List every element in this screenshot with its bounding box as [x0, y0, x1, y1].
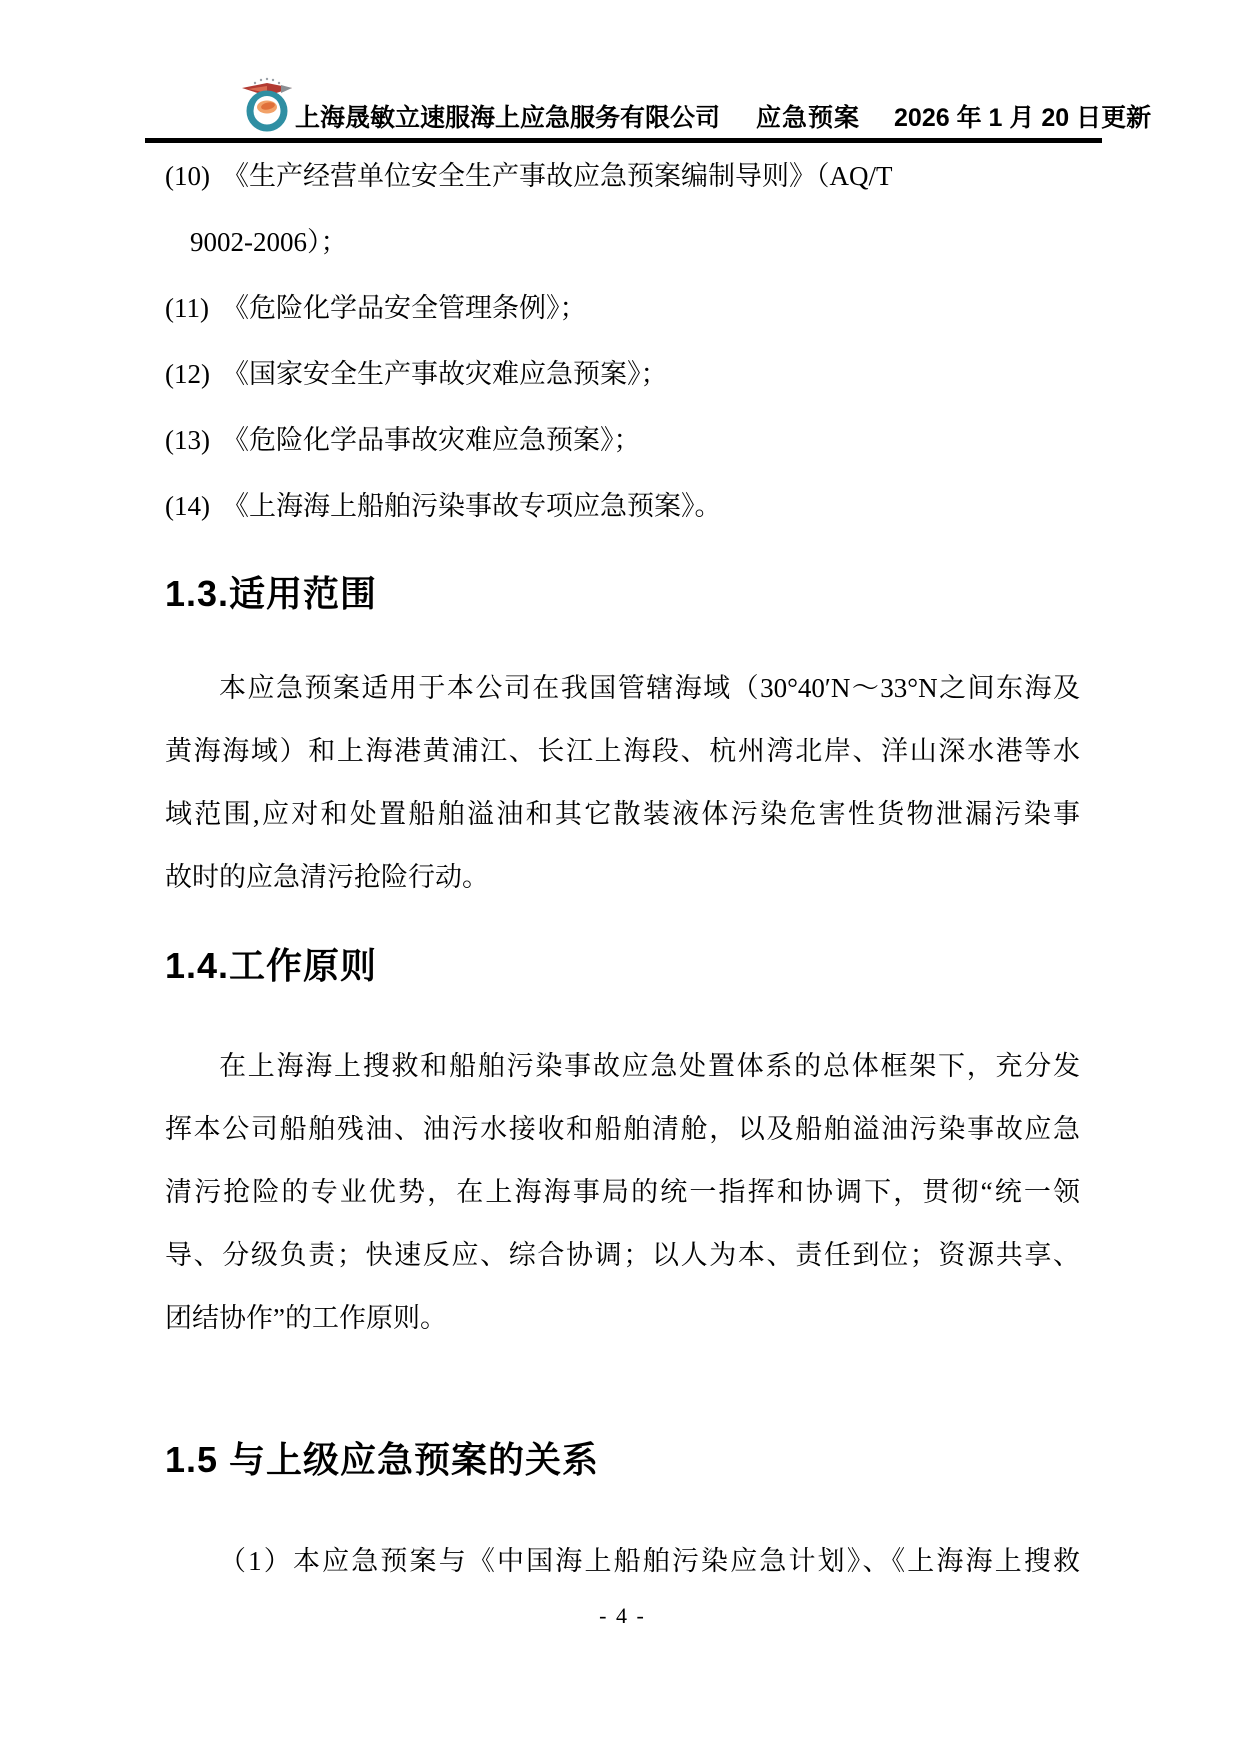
text-line: 9002-2006）；	[190, 209, 1080, 275]
text-line: 《危险化学品安全管理条例》；	[222, 275, 1080, 341]
text-line: 《危险化学品事故灾难应急预案》；	[222, 407, 1080, 473]
page-number: - 4 -	[165, 1603, 1080, 1629]
section-heading-1-3: 1.3.适用范围	[165, 569, 1080, 619]
document-page: 上海晟敏立速服海上应急服务有限公司 应急预案 2026 年 1 月 20 日更新…	[0, 0, 1241, 1754]
list-item-number: (11)	[165, 275, 222, 341]
list-item-number: (13)	[165, 407, 222, 473]
company-logo-icon	[238, 74, 296, 136]
section-paragraph-1-4: 在上海海上搜救和船舶污染事故应急处置体系的总体框架下，充分发挥本公司船舶残油、油…	[165, 1035, 1080, 1350]
list-item-text: 《生产经营单位安全生产事故应急预案编制导则》（AQ/T9002-2006）；	[222, 143, 1080, 275]
text-line: （1）本应急预案与《中国海上船舶污染应急计划》、《上海海上搜救	[165, 1530, 1080, 1593]
list-item: (14) 《上海海上船舶污染事故专项应急预案》。	[165, 473, 1080, 539]
text-line: 《国家安全生产事故灾难应急预案》；	[222, 341, 1080, 407]
list-item: (10) 《生产经营单位安全生产事故应急预案编制导则》（AQ/T9002-200…	[165, 143, 1080, 275]
text-line: 团结协作”的工作原则。	[165, 1287, 1080, 1350]
section-paragraph-1-3: 本应急预案适用于本公司在我国管辖海域（30°40′N～33°N之间东海及黄海海域…	[165, 657, 1080, 909]
reference-list: (10) 《生产经营单位安全生产事故应急预案编制导则》（AQ/T9002-200…	[165, 143, 1080, 539]
list-item-text: 《危险化学品安全管理条例》；	[222, 275, 1080, 341]
list-item: (12) 《国家安全生产事故灾难应急预案》；	[165, 341, 1080, 407]
text-line: 挥本公司船舶残油、油污水接收和船舶清舱，以及船舶溢油污染事故应急	[165, 1098, 1080, 1161]
list-item-text: 《上海海上船舶污染事故专项应急预案》。	[222, 473, 1080, 539]
text-line: 本应急预案适用于本公司在我国管辖海域（30°40′N～33°N之间东海及	[165, 657, 1080, 720]
text-line: 黄海海域）和上海港黄浦江、长江上海段、杭州湾北岸、洋山深水港等水	[165, 720, 1080, 783]
section-heading-1-5: 1.5 与上级应急预案的关系	[165, 1435, 1080, 1485]
text-line: 清污抢险的专业优势，在上海海事局的统一指挥和协调下，贯彻“统一领	[165, 1161, 1080, 1224]
header-updated-date: 2026 年 1 月 20 日更新	[894, 98, 1151, 134]
header-doc-type: 应急预案	[756, 98, 860, 134]
text-line: 在上海海上搜救和船舶污染事故应急处置体系的总体框架下，充分发	[165, 1035, 1080, 1098]
list-item: (11) 《危险化学品安全管理条例》；	[165, 275, 1080, 341]
header-text: 上海晟敏立速服海上应急服务有限公司 应急预案 2026 年 1 月 20 日更新	[295, 98, 1151, 134]
section-paragraph-1-5: （1）本应急预案与《中国海上船舶污染应急计划》、《上海海上搜救	[165, 1530, 1080, 1593]
page-header: 上海晟敏立速服海上应急服务有限公司 应急预案 2026 年 1 月 20 日更新	[145, 0, 1102, 143]
document-body: (10) 《生产经营单位安全生产事故应急预案编制导则》（AQ/T9002-200…	[165, 139, 1080, 1629]
list-item-text: 《危险化学品事故灾难应急预案》；	[222, 407, 1080, 473]
section-heading-1-4: 1.4.工作原则	[165, 941, 1080, 991]
text-line: 故时的应急清污抢险行动。	[165, 846, 1080, 909]
text-line: 《生产经营单位安全生产事故应急预案编制导则》（AQ/T	[222, 143, 1080, 209]
list-item: (13) 《危险化学品事故灾难应急预案》；	[165, 407, 1080, 473]
list-item-number: (12)	[165, 341, 222, 407]
header-company-name: 上海晟敏立速服海上应急服务有限公司	[295, 98, 720, 134]
text-line: 导、分级负责；快速反应、综合协调；以人为本、责任到位；资源共享、	[165, 1224, 1080, 1287]
text-line: 域范围,应对和处置船舶溢油和其它散装液体污染危害性货物泄漏污染事	[165, 783, 1080, 846]
list-item-text: 《国家安全生产事故灾难应急预案》；	[222, 341, 1080, 407]
list-item-number: (14)	[165, 473, 222, 539]
text-line: 《上海海上船舶污染事故专项应急预案》。	[222, 473, 1080, 539]
